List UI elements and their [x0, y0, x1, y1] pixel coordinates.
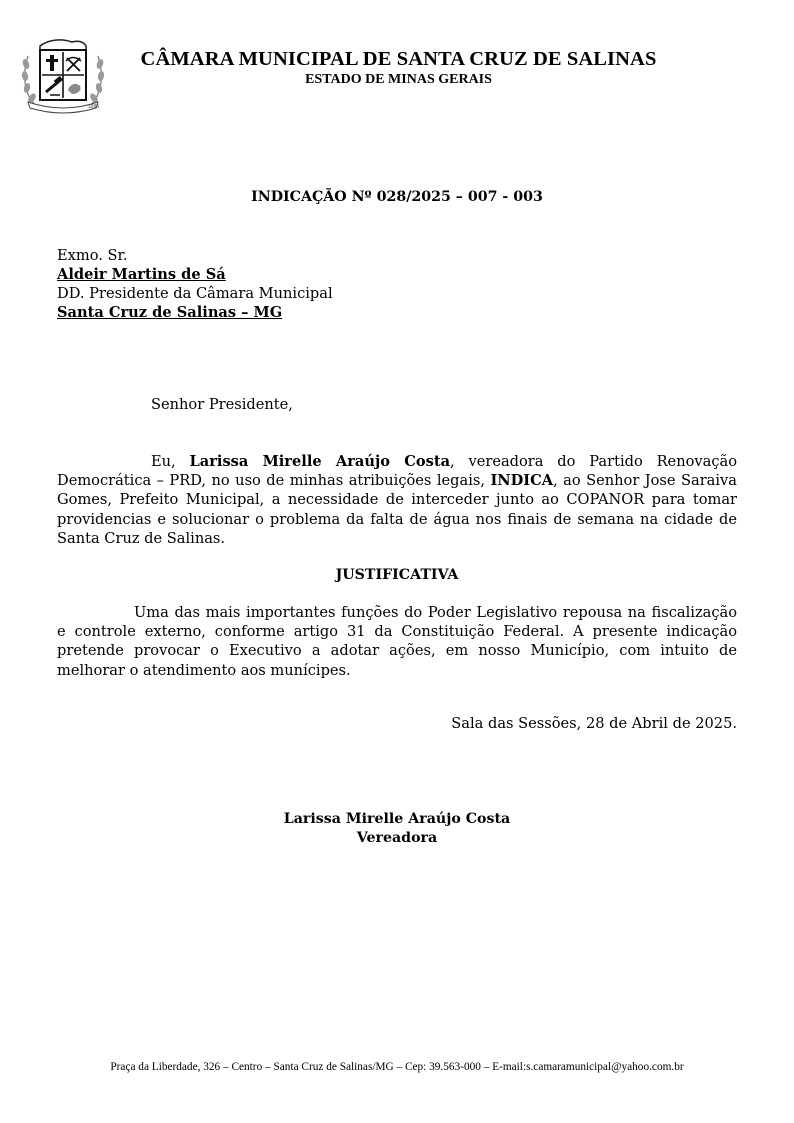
action-keyword: INDICA [490, 472, 553, 489]
coat-of-arms-icon: 1995 [20, 34, 106, 114]
svg-text:1995: 1995 [88, 104, 99, 110]
coat-of-arms-logo: 1995 [20, 34, 106, 114]
indication-paragraph: Eu, Larissa Mirelle Araújo Costa, veread… [57, 452, 737, 548]
paragraph-intro: Eu, [151, 453, 190, 470]
date-line: Sala das Sessões, 28 de Abril de 2025. [451, 715, 737, 732]
signature-name: Larissa Mirelle Araújo Costa [0, 810, 794, 829]
justification-heading: JUSTIFICATIVA [0, 567, 794, 583]
justification-text: Uma das mais importantes funções do Pode… [57, 604, 737, 679]
signature-title: Vereadora [0, 829, 794, 848]
addressee-salutation: Exmo. Sr. [57, 246, 333, 265]
signature-block: Larissa Mirelle Araújo Costa Vereadora [0, 810, 794, 848]
addressee-name: Aldeir Martins de Sá [57, 265, 333, 284]
greeting: Senhor Presidente, [151, 396, 293, 413]
addressee-role: DD. Presidente da Câmara Municipal [57, 284, 333, 303]
footer-address: Praça da Liberdade, 326 – Centro – Santa… [0, 1061, 794, 1073]
addressee-block: Exmo. Sr. Aldeir Martins de Sá DD. Presi… [57, 246, 333, 322]
institution-title: CÂMARA MUNICIPAL DE SANTA CRUZ DE SALINA… [126, 48, 671, 71]
justification-paragraph: Uma das mais importantes funções do Pode… [57, 603, 737, 680]
document-title: INDICAÇÃO Nº 028/2025 – 007 - 003 [0, 189, 794, 205]
addressee-location: Santa Cruz de Salinas – MG [57, 303, 333, 322]
author-name: Larissa Mirelle Araújo Costa [190, 453, 451, 470]
institution-subtitle: ESTADO DE MINAS GERAIS [126, 72, 671, 88]
